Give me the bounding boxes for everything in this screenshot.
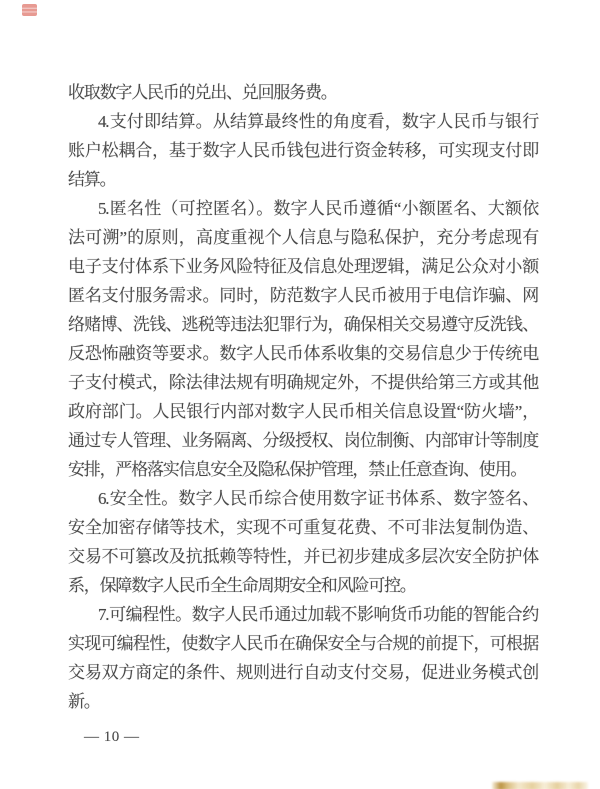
page-number: — 10 — xyxy=(84,727,140,747)
text-line: 实现可编程性，使数字人民币在确保安全与合规的前提下，可根据 xyxy=(68,629,538,658)
text-line: 结算。 xyxy=(68,165,538,194)
text-line: 交易不可篡改及抗抵赖等特性，并已初步建成多层次安全防护体 xyxy=(68,542,538,571)
text-line: 络赌博、洗钱、逃税等违法犯罪行为，确保相关交易遵守反洗钱、 xyxy=(68,310,538,339)
text-line: 匿名支付服务需求。同时，防范数字人民币被用于电信诈骗、网 xyxy=(68,281,538,310)
gold-watermark-strip xyxy=(492,782,588,789)
text-line: 电子支付体系下业务风险特征及信息处理逻辑，满足公众对小额 xyxy=(68,252,538,281)
text-line: 6.安全性。数字人民币综合使用数字证书体系、数字签名、 xyxy=(68,484,538,513)
text-line: 子支付模式，除法律法规有明确规定外，不提供给第三方或其他 xyxy=(68,368,538,397)
text-line: 新。 xyxy=(68,687,538,716)
text-line: 账户松耦合，基于数字人民币钱包进行资金转移，可实现支付即 xyxy=(68,136,538,165)
text-line: 法可溯”的原则，高度重视个人信息与隐私保护，充分考虑现有 xyxy=(68,223,538,252)
text-line: 收取数字人民币的兑出、兑回服务费。 xyxy=(68,78,538,107)
gold-watermark xyxy=(492,782,588,789)
text-line: 7.可编程性。数字人民币通过加载不影响货币功能的智能合约 xyxy=(68,600,538,629)
text-line: 通过专人管理、业务隔离、分级授权、岗位制衡、内部审计等制度 xyxy=(68,426,538,455)
body-text: 收取数字人民币的兑出、兑回服务费。 4.支付即结算。从结算最终性的角度看，数字人… xyxy=(68,78,538,716)
text-line: 政府部门。人民银行内部对数字人民币相关信息设置“防火墙”， xyxy=(68,397,538,426)
text-line: 反恐怖融资等要求。数字人民币体系收集的交易信息少于传统电 xyxy=(68,339,538,368)
text-line: 安全加密存储等技术，实现不可重复花费、不可非法复制伪造、 xyxy=(68,513,538,542)
red-stamp-icon xyxy=(22,4,37,16)
text-line: 安排，严格落实信息安全及隐私保护管理，禁止任意查询、使用。 xyxy=(68,455,538,484)
text-line: 系，保障数字人民币全生命周期安全和风险可控。 xyxy=(68,571,538,600)
text-line: 交易双方商定的条件、规则进行自动支付交易，促进业务模式创 xyxy=(68,658,538,687)
text-line: 4.支付即结算。从结算最终性的角度看，数字人民币与银行 xyxy=(68,107,538,136)
text-line: 5.匿名性（可控匿名）。数字人民币遵循“小额匿名、大额依 xyxy=(68,194,538,223)
document-page: 收取数字人民币的兑出、兑回服务费。 4.支付即结算。从结算最终性的角度看，数字人… xyxy=(0,0,600,789)
